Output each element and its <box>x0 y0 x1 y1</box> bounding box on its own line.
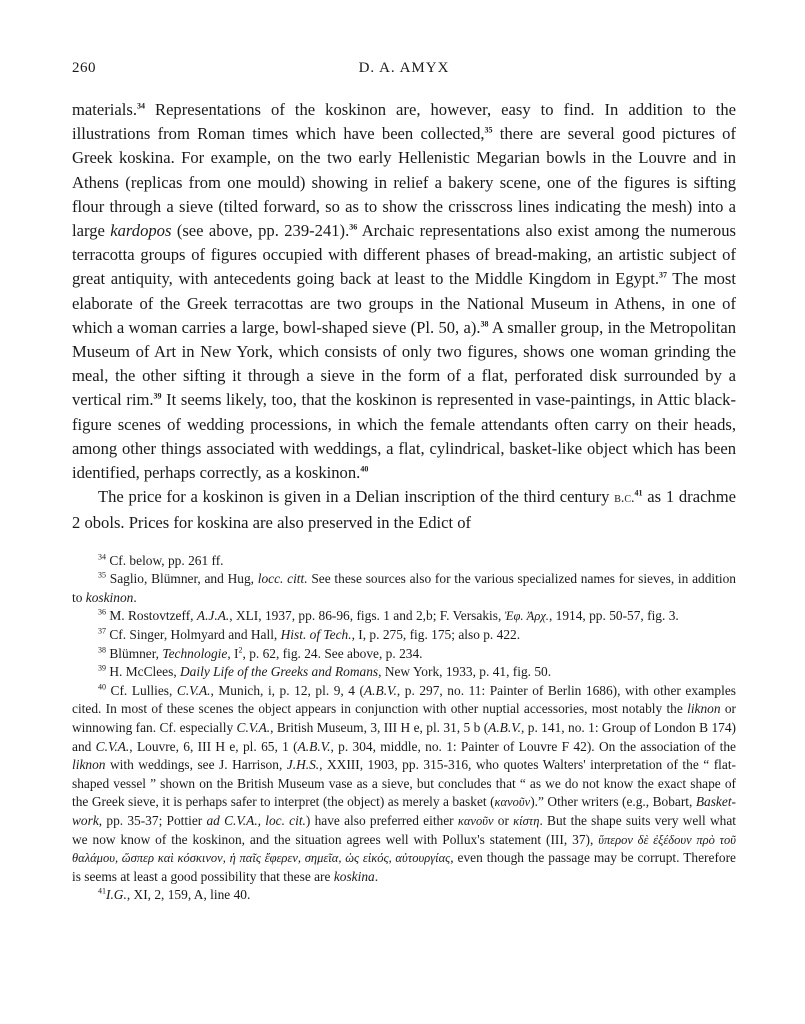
footnote-text: , 1914, pp. 50-57, fig. 3. <box>549 608 679 623</box>
footnote-text: , British Museum, 3, III H e, pl. 31, 5 … <box>270 720 488 735</box>
footnote-39: 39 H. McClees, Daily Life of the Greeks … <box>72 663 736 682</box>
footnote-text: Saglio, Blümner, and Hug, <box>106 571 258 586</box>
footnote-text: , Louvre, 6, III H e, pl. 65, 1 ( <box>129 739 297 754</box>
footnote-text: Cf. Lullies, <box>106 683 177 698</box>
text-run: (see above, pp. 239-241). <box>171 221 349 240</box>
footnote-text: H. McClees, <box>106 664 180 679</box>
footnote-ref-40[interactable]: 40 <box>360 465 368 474</box>
greek-text: κίστη <box>513 814 539 828</box>
footnote-text: , New York, 1933, p. 41, fig. 50. <box>378 664 551 679</box>
footnote-number: 35 <box>98 571 106 580</box>
footnote-text: , I <box>227 646 238 661</box>
footnote-ref-37[interactable]: 37 <box>659 271 667 280</box>
footnote-text: M. Rostovtzeff, <box>106 608 197 623</box>
text-run: The price for a koskinon is given in a D… <box>98 487 614 506</box>
italic-citation: C.V.A. <box>177 683 211 698</box>
italic-citation: Technologie <box>162 646 227 661</box>
footnote-38: 38 Blümner, Technologie, I2, p. 62, fig.… <box>72 645 736 664</box>
footnote-text: , p. 304, middle, no. 1: Painter of Louv… <box>330 739 736 754</box>
italic-term: liknon <box>72 757 105 772</box>
footnote-number: 39 <box>98 664 106 673</box>
footnote-text: ).” Other writers (e.g., Bobart, <box>530 794 696 809</box>
footnote-text: , pp. 35-37; Pottier <box>99 813 207 828</box>
footnote-36: 36 M. Rostovtzeff, A.J.A., XLI, 1937, pp… <box>72 607 736 626</box>
paragraph-1: materials.34 Representations of the kosk… <box>72 98 736 485</box>
footnote-40: 40 Cf. Lullies, C.V.A., Munich, i, p. 12… <box>72 682 736 887</box>
footnote-text: , I, p. 275, fig. 175; also p. 422. <box>352 627 521 642</box>
italic-citation: A.J.A. <box>197 608 229 623</box>
italic-citation: Daily Life of the Greeks and Romans <box>180 664 378 679</box>
italic-term: koskina <box>334 869 375 884</box>
footnote-number: 36 <box>98 608 106 617</box>
italic-citation: locc. citt. <box>258 571 308 586</box>
running-head-author: D. A. AMYX <box>72 60 736 77</box>
footnote-text: ) have also preferred either <box>306 813 458 828</box>
footnote-text: , Munich, i, p. 12, pl. 9, 4 ( <box>211 683 364 698</box>
footnote-text: . <box>133 590 136 605</box>
greek-text: κανοῦν <box>495 795 531 809</box>
body-text: materials.34 Representations of the kosk… <box>72 98 736 536</box>
footnote-text: , p. 62, fig. 24. See above, p. 234. <box>243 646 423 661</box>
footnote-text: with weddings, see J. Harrison, <box>105 757 286 772</box>
footnote-number: 37 <box>98 627 106 636</box>
italic-citation: A.B.V. <box>364 683 397 698</box>
italic-citation: C.V.A. <box>237 720 271 735</box>
footnote-34: 34 Cf. below, pp. 261 ff. <box>72 552 736 571</box>
greek-text: Ἐφ. Ἀρχ. <box>505 609 549 623</box>
footnote-ref-39[interactable]: 39 <box>154 392 162 401</box>
footnote-ref-41[interactable]: 41 <box>635 489 643 498</box>
footnote-text: . <box>375 869 378 884</box>
italic-citation: Hist. of Tech. <box>281 627 352 642</box>
footnote-ref-35[interactable]: 35 <box>485 126 493 135</box>
greek-text: κανοῦν <box>458 814 494 828</box>
footnote-35: 35 Saglio, Blümner, and Hug, locc. citt.… <box>72 570 736 607</box>
text-run: materials. <box>72 100 137 119</box>
footnote-37: 37 Cf. Singer, Holmyard and Hall, Hist. … <box>72 626 736 645</box>
footnote-number: 38 <box>98 645 106 654</box>
italic-citation: A.B.V. <box>298 739 331 754</box>
footnote-number: 41 <box>98 887 106 896</box>
footnote-ref-38[interactable]: 38 <box>481 319 489 328</box>
paragraph-2: The price for a koskinon is given in a D… <box>72 485 736 535</box>
era-abbreviation: b.c. <box>614 491 634 506</box>
footnote-ref-34[interactable]: 34 <box>137 101 145 110</box>
footnote-number: 40 <box>98 682 106 691</box>
footnote-text: , XLI, 1937, pp. 86-96, figs. 1 and 2,b;… <box>229 608 504 623</box>
footnote-41: 41I.G., XI, 2, 159, A, line 40. <box>72 886 736 905</box>
footnotes: 34 Cf. below, pp. 261 ff. 35 Saglio, Blü… <box>72 552 736 905</box>
italic-term: kardopos <box>110 221 171 240</box>
italic-citation: A.B.V. <box>488 720 521 735</box>
footnote-number: 34 <box>98 552 106 561</box>
italic-citation: J.H.S. <box>287 757 319 772</box>
text-run: It seems likely, too, that the koskinon … <box>72 390 736 482</box>
footnote-text: Cf. Singer, Holmyard and Hall, <box>106 627 281 642</box>
footnote-text: Blümner, <box>106 646 162 661</box>
footnote-text: , XI, 2, 159, A, line 40. <box>127 887 250 902</box>
footnote-text: Cf. below, pp. 261 ff. <box>106 553 224 568</box>
italic-citation: ad C.V.A., loc. cit. <box>206 813 305 828</box>
italic-citation: I.G. <box>106 887 127 902</box>
italic-term: koskinon <box>86 590 134 605</box>
running-head: 260 D. A. AMYX <box>72 60 736 84</box>
document-page: 260 D. A. AMYX materials.34 Representati… <box>72 60 736 905</box>
italic-term: liknon <box>687 701 720 716</box>
italic-citation: C.V.A. <box>96 739 130 754</box>
footnote-text: or <box>494 813 514 828</box>
